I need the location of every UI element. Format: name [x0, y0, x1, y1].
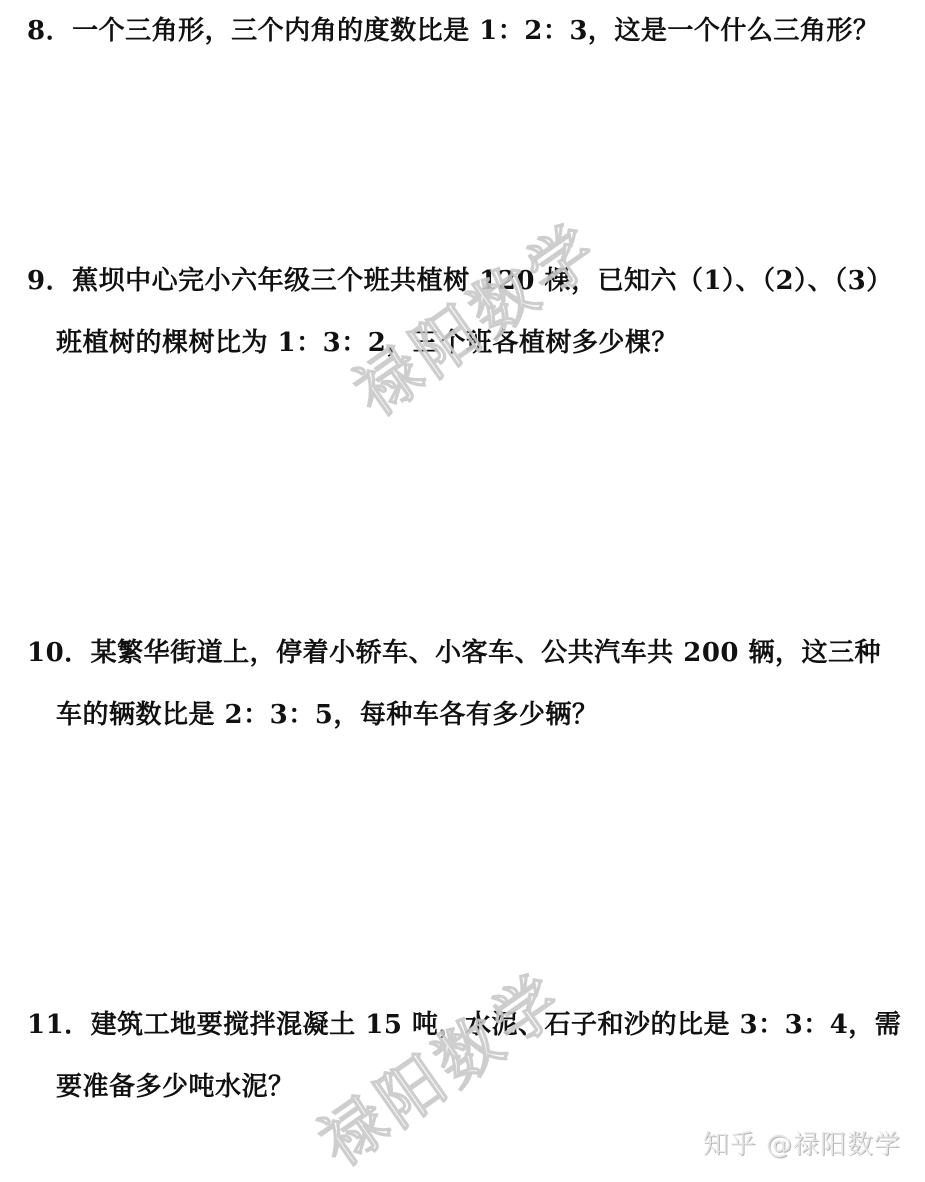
question-10-line-2: 车的辆数比是 2：3：5，每种车各有多少辆？ [56, 698, 598, 732]
zhihu-credit: 知乎 @禄阳数学 [703, 1124, 901, 1161]
question-9-line-1: 9．蕉坝中心完小六年级三个班共植树 120 棵，已知六（1）、（2）、（3） [27, 264, 893, 298]
question-9-line-2: 班植树的棵树比为 1：3：2，三个班各植树多少棵？ [56, 326, 678, 360]
question-11-line-1: 11．建筑工地要搅拌混凝土 15 吨，水泥、石子和沙的比是 3：3：4，需 [27, 1008, 901, 1042]
question-11-line-2: 要准备多少吨水泥？ [56, 1070, 295, 1104]
question-10-line-1: 10．某繁华街道上，停着小轿车、小客车、公共汽车共 200 辆，这三种 [27, 636, 881, 670]
question-8-line-1: 8．一个三角形，三个内角的度数比是 1：2：3，这是一个什么三角形？ [27, 14, 879, 48]
watermark-bottom: 禄阳数学 [299, 948, 581, 1182]
watermark-top: 禄阳数学 [334, 198, 616, 434]
